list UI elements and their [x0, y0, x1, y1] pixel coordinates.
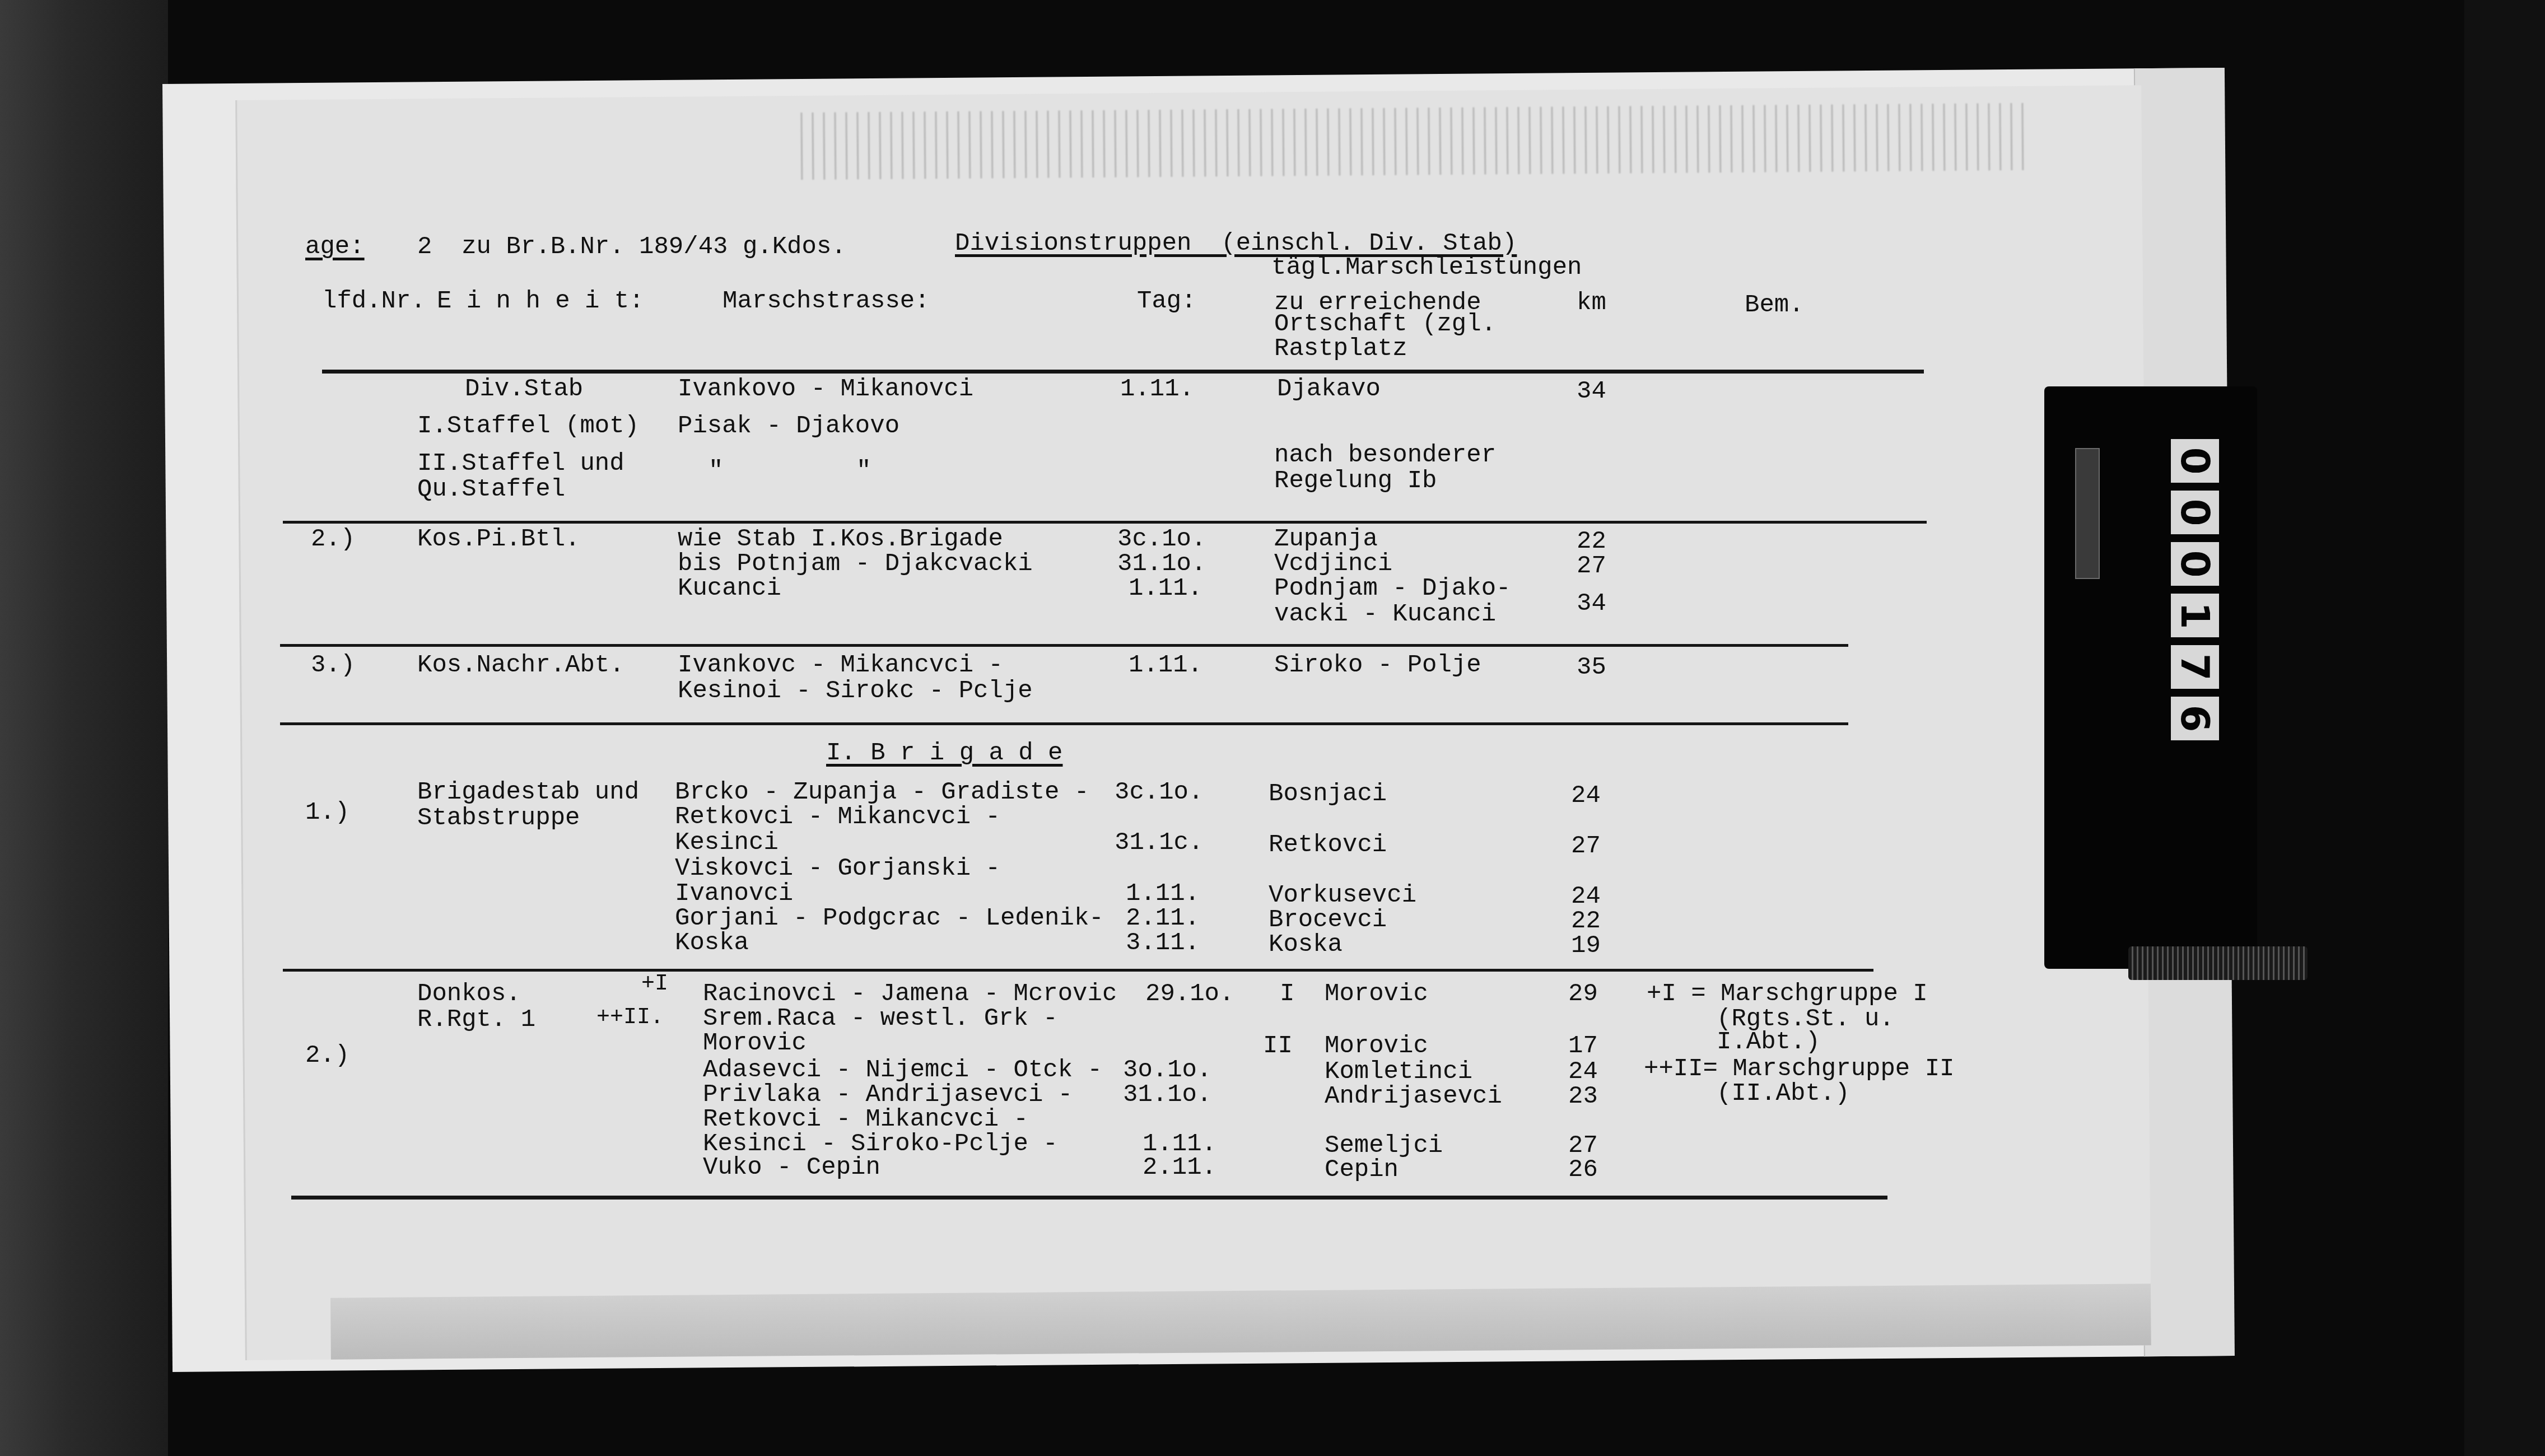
day-leg: 3c.1o.	[1117, 526, 1206, 552]
scanner-background-left	[0, 0, 168, 1456]
route-leg: Gorjani - Podgcrac - Ledenik-	[675, 906, 1104, 931]
frame-digit: 0	[2171, 439, 2219, 483]
km-leg: 29	[1568, 981, 1598, 1007]
unit-kos-nachr-abt: Kos.Nachr.Abt.	[417, 652, 624, 678]
counter-wheel	[2128, 946, 2308, 980]
route-leg: Privlaka - Andrijasevci -	[703, 1082, 1073, 1108]
frame-digit: 0	[2171, 542, 2219, 586]
unit-div-stab: Div.Stab	[465, 376, 583, 402]
row-rule	[280, 722, 1848, 725]
day-leg: 3c.1o.	[1115, 780, 1203, 805]
day-leg: 3.11.	[1126, 930, 1200, 956]
header-prefix: age:	[305, 234, 365, 260]
day-div-stab: 1.11.	[1120, 376, 1194, 402]
group-mark-i: +I	[641, 972, 668, 997]
destination-leg: Koska	[1269, 932, 1343, 958]
frame-number: 0 0 0 1 7 6	[2173, 437, 2218, 743]
route-leg: Vuko - Cepin	[703, 1155, 880, 1180]
day-leg: 1.11.	[1129, 652, 1202, 678]
group-leg: II	[1263, 1033, 1293, 1059]
day-leg: 31.1o.	[1117, 551, 1206, 577]
destination-leg: Retkovci	[1269, 832, 1387, 858]
day-leg: 29.1o.	[1145, 981, 1234, 1007]
km-leg: 35	[1577, 655, 1606, 680]
unit-staffel-1: I.Staffel (mot)	[417, 413, 639, 439]
km-leg: 23	[1568, 1084, 1598, 1109]
unit-kos-pi-btl: Kos.Pi.Btl.	[417, 526, 580, 552]
destination-leg: Morovic	[1325, 981, 1428, 1007]
frame-digit: 0	[2171, 491, 2219, 534]
column-header-destination-2: Ortschaft (zgl.	[1274, 311, 1496, 337]
km-leg: 27	[1571, 833, 1601, 859]
row-number: 1.)	[305, 800, 349, 825]
day-leg: 3o.1o.	[1123, 1057, 1211, 1083]
route-leg: Retkovci - Mikancvci -	[703, 1107, 1028, 1132]
header-reference: 2 zu Br.B.Nr. 189/43 g.Kdos.	[417, 234, 846, 260]
column-header-no: lfd.Nr.	[322, 288, 426, 314]
destination-leg: Podnjam - Djako- vacki - Kucanci	[1274, 576, 1511, 627]
route-leg: Koska	[675, 930, 749, 956]
unit-staffel-2: II.Staffel und Qu.Staffel	[417, 451, 624, 502]
route-leg: Adasevci - Nijemci - Otck -	[703, 1057, 1102, 1083]
km-leg: 17	[1568, 1033, 1598, 1059]
day-leg: 1.11.	[1129, 576, 1202, 601]
route-leg: Brcko - Zupanja - Gradiste -	[675, 780, 1089, 805]
remark-line: +I = Marschgruppe I	[1647, 981, 1928, 1007]
remark-line: (II.Abt.)	[1717, 1081, 1850, 1107]
column-header-km: km	[1577, 290, 1606, 316]
destination-leg: Vcdjinci	[1274, 551, 1392, 577]
unit-donkos: Donkos. R.Rgt. 1	[417, 981, 535, 1033]
day-leg: 31.1c.	[1115, 830, 1203, 856]
row-number: 2.)	[305, 1043, 349, 1068]
column-header-day: Tag:	[1137, 288, 1196, 314]
day-leg: 2.11.	[1143, 1155, 1216, 1180]
remark-line: I.Abt.)	[1717, 1029, 1820, 1055]
column-header-route: Marschstrasse:	[723, 288, 930, 314]
column-header-unit: E i n h e i t:	[437, 288, 644, 314]
route-leg: Kesinci	[675, 830, 779, 856]
destination-leg: Komletinci	[1325, 1059, 1472, 1085]
destination-leg: Brocevci	[1269, 907, 1387, 933]
group-mark-ii: ++II.	[596, 1005, 664, 1031]
scanner-background-right	[2464, 0, 2545, 1456]
row-number: 3.)	[311, 652, 355, 678]
day-leg: 31.1o.	[1123, 1082, 1211, 1108]
header-subtitle: tägl.Marschleistungen	[1271, 255, 1582, 281]
column-header-remarks: Bem.	[1745, 292, 1804, 318]
destination-div-stab: Djakavo	[1277, 376, 1381, 402]
route-leg: Racinovci - Jamena - Mcrovic	[703, 981, 1117, 1007]
route-leg: Kucanci	[678, 576, 781, 601]
route-leg: Srem.Raca - westl. Grk -	[703, 1006, 1058, 1032]
km-leg: 26	[1568, 1157, 1598, 1183]
page-bottom-edge	[330, 1284, 2151, 1360]
destination-leg: Morovic	[1325, 1033, 1428, 1059]
km-leg: 24	[1571, 783, 1601, 809]
row-rule	[280, 644, 1848, 647]
destination-leg: Vorkusevci	[1269, 883, 1416, 908]
table-end-rule	[291, 1196, 1887, 1200]
km-leg: 24	[1568, 1059, 1598, 1085]
column-header-destination-3: Rastplatz	[1274, 336, 1407, 362]
destination-leg: Andrijasevci	[1325, 1084, 1502, 1109]
km-leg: 19	[1571, 933, 1601, 959]
frame-digit: 7	[2171, 645, 2219, 689]
destination-leg: Cepin	[1325, 1157, 1399, 1183]
route-leg: Ivankovc - Mikancvci - Kesinoi - Sirokc …	[678, 652, 1033, 704]
header-rule	[322, 370, 1924, 374]
row-rule	[283, 521, 1927, 524]
route-leg: Viskovci - Gorjanski -	[675, 856, 1000, 881]
route-leg: Ivanovci	[675, 881, 793, 907]
frame-digit: 6	[2171, 697, 2219, 740]
day-leg: 2.11.	[1126, 906, 1200, 931]
destination-staffel-2: nach besonderer Regelung Ib	[1274, 442, 1496, 494]
destination-leg: Semeljci	[1325, 1133, 1443, 1159]
km-leg: 22	[1571, 908, 1601, 934]
destination-leg: Siroko - Polje	[1274, 652, 1481, 678]
brigade-title: I. B r i g a d e	[826, 740, 1062, 766]
header-title: Divisionstruppen (einschl. Div. Stab)	[955, 231, 1517, 256]
destination-leg: Zupanja	[1274, 526, 1378, 552]
route-leg: wie Stab I.Kos.Brigade	[678, 526, 1003, 552]
row-rule	[283, 969, 1873, 972]
route-staffel-1: Pisak - Djakovo	[678, 413, 899, 439]
route-leg: Morovic	[703, 1030, 807, 1056]
km-leg: 22	[1577, 529, 1606, 554]
destination-leg: Bosnjaci	[1269, 781, 1387, 807]
route-leg: Retkovci - Mikancvci -	[675, 804, 1000, 830]
km-div-stab: 34	[1577, 379, 1606, 404]
km-leg: 27	[1568, 1133, 1598, 1159]
route-div-stab: Ivankovo - Mikanovci	[678, 376, 973, 402]
counter-label-plate	[2075, 448, 2100, 579]
frame-digit: 1	[2171, 594, 2219, 637]
km-leg: 27	[1577, 553, 1606, 579]
group-leg: I	[1280, 981, 1294, 1007]
km-leg: 34	[1577, 591, 1606, 617]
km-leg: 24	[1571, 884, 1601, 909]
day-leg: 1.11.	[1126, 881, 1200, 907]
route-staffel-2-ditto: " "	[709, 458, 871, 484]
row-number: 2.)	[311, 526, 355, 552]
remark-line: ++II= Marschgruppe II	[1644, 1056, 1955, 1082]
ink-smudge	[797, 103, 2030, 180]
unit-brigadestab: Brigadestab und Stabstruppe	[417, 780, 639, 831]
route-leg: bis Potnjam - Djakcvacki	[678, 551, 1033, 577]
